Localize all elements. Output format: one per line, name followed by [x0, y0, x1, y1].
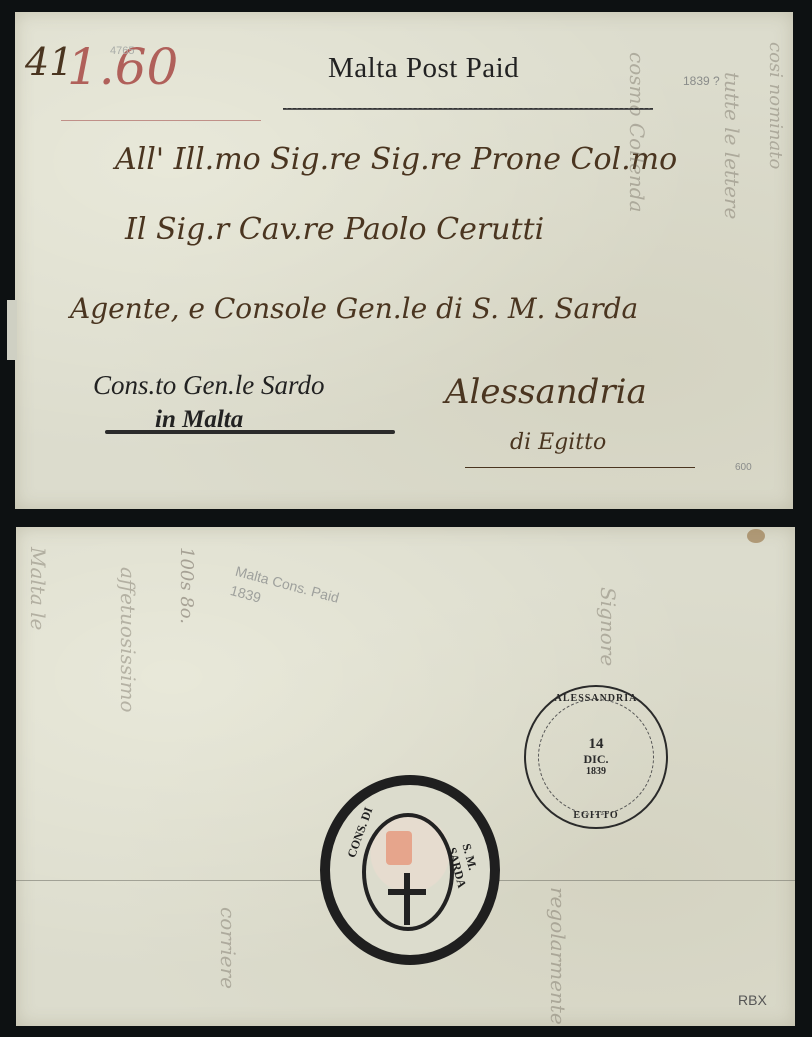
- alessandria-datestamp: ALESSANDRIA 14 DIC. 1839 EGITTO: [524, 685, 668, 829]
- show-through-text: tutte le lettere: [720, 72, 744, 219]
- show-through-text: affetuosissimo: [116, 567, 140, 712]
- pencil-note-top-right: 1839 ?: [683, 74, 720, 88]
- seal-red-wax-remnant: [386, 831, 412, 865]
- address-line-4: Alessandria: [445, 372, 647, 412]
- show-through-text: cosi nominato: [765, 42, 786, 169]
- consular-seal: CONS. DI S. M. SARDA: [320, 775, 500, 965]
- show-through-text: 100s 8o.: [176, 547, 197, 624]
- address-line-5: di Egitto: [510, 430, 606, 455]
- datestamp-top-text: ALESSANDRIA: [526, 693, 666, 704]
- address-line-2: Il Sig.r Cav.re Paolo Cerutti: [125, 212, 544, 247]
- show-through-text: corriere: [216, 907, 240, 989]
- cover-flap-edge: [7, 300, 17, 360]
- address-line-3: Agente, e Console Gen.le di S. M. Sarda: [70, 292, 638, 325]
- show-through-text: Malta le: [26, 547, 50, 630]
- address-line-1: All' Ill.mo Sig.re Sig.re Prone Col.mo: [115, 142, 677, 177]
- show-through-text: Signore: [596, 587, 620, 666]
- handstamp-frame-line: [283, 108, 653, 110]
- show-through-text: cosmo Collenda: [625, 52, 649, 212]
- malta-post-paid-handstamp: Malta Post Paid: [328, 52, 519, 85]
- pencil-note-bottom-right: RBX: [738, 992, 767, 1008]
- pencil-note-bottom-right: 600: [735, 462, 752, 473]
- pencil-note-top-center: 4765: [110, 45, 134, 57]
- datestamp-inner-ring: [538, 699, 654, 815]
- rate-underline: [61, 120, 261, 121]
- cover-front: 41 1.60 Malta Post Paid 4765 1839 ? 600 …: [15, 12, 793, 509]
- seal-cross-icon: [404, 873, 410, 925]
- consular-handstamp-flourish: [105, 430, 395, 434]
- consular-handstamp-line-1: Cons.to Gen.le Sardo: [93, 370, 325, 401]
- cover-back: Malta le affetuosissimo 100s 8o. Signore…: [16, 527, 795, 1026]
- datestamp-bottom-text: EGITTO: [526, 810, 666, 821]
- show-through-text: regolarmente: [546, 887, 570, 1025]
- pencil-note-center: Malta Cons. Paid 1839: [228, 561, 364, 633]
- stain: [747, 529, 765, 543]
- address-underline: [465, 467, 695, 468]
